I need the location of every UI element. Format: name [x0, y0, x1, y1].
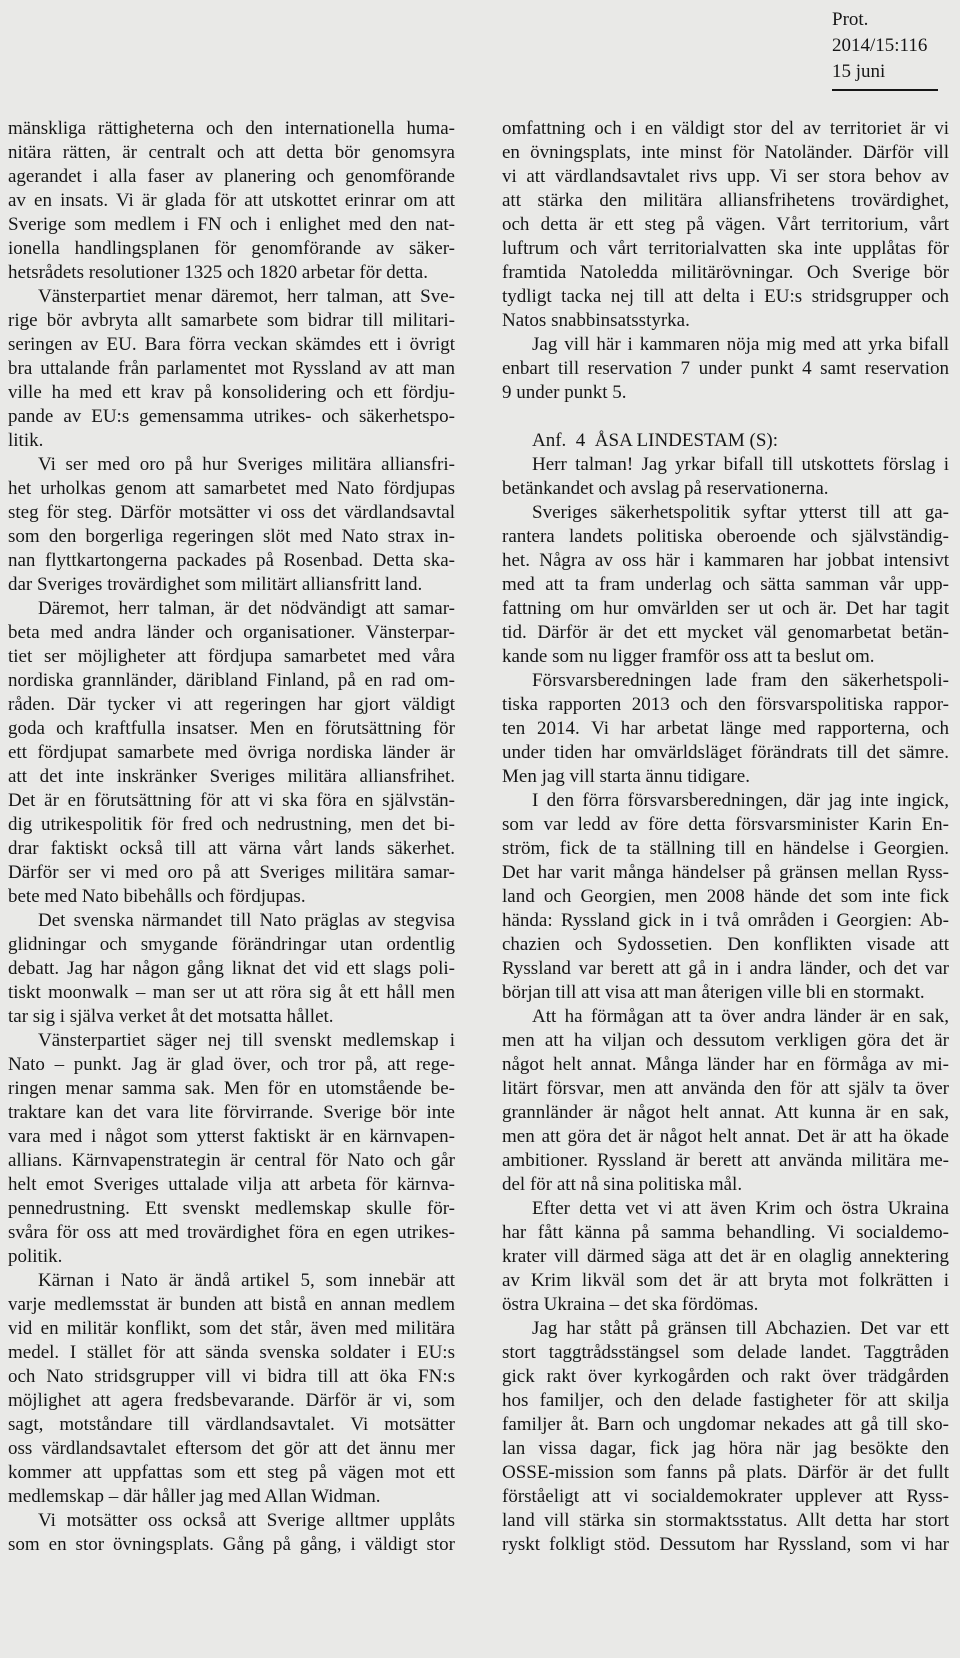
left-column: mänskliga rättigheterna och den internat…	[8, 117, 455, 1557]
paragraph: Jag vill här i kammaren nöja mig med att…	[502, 333, 949, 405]
text-line: enbart till reservation 7 under punkt 4 …	[502, 357, 949, 381]
text-line: tiska rapporten 2013 och den försvarspol…	[502, 693, 949, 717]
text-line: tydligt tacka nej till att delta i EU:s …	[502, 285, 949, 309]
text-line: bra uttalande från parlamentet mot Ryssl…	[8, 357, 455, 381]
text-line: I den förra försvarsberedningen, där jag…	[502, 789, 949, 813]
text-line: luftrum och vårt territorialvatten ska i…	[502, 237, 949, 261]
text-line: helt emot Sveriges uttalade vilja att ar…	[8, 1173, 455, 1197]
text-line: något helt annat. Många länder har en fö…	[502, 1053, 949, 1077]
text-line: Efter detta vet vi att även Krim och öst…	[502, 1197, 949, 1221]
paragraph: Vänsterpartiet säger nej till svenskt me…	[8, 1029, 455, 1269]
text-line: ambitioner. Ryssland är berett att använ…	[502, 1149, 949, 1173]
text-line: politik.	[8, 1245, 455, 1269]
text-line: vara med i något som ytterst faktiskt är…	[8, 1125, 455, 1149]
text-line: Ryssland var berett att gå in i andra lä…	[502, 957, 949, 981]
date-label: 15 juni	[832, 59, 927, 85]
text-line: ström, fick de ta ställning till en händ…	[502, 837, 949, 861]
text-line: seringen av EU. Bara förra veckan skämde…	[8, 333, 455, 357]
paragraph: Försvarsberedningen lade fram den säkerh…	[502, 669, 949, 789]
paragraph: Jag har stått på gränsen till Abchazien.…	[502, 1317, 949, 1557]
text-line: oss värdlandsavtalet eftersom det gör at…	[8, 1437, 455, 1461]
text-line: betänkandet och avslag på reservationern…	[502, 477, 949, 501]
paragraph: Det svenska närmandet till Nato präglas …	[8, 909, 455, 1029]
text-line: hetsrådets resolutioner 1325 och 1820 ar…	[8, 261, 455, 285]
text-line: litik.	[8, 429, 455, 453]
proto-label: Prot.	[832, 7, 927, 33]
text-line: förståeligt att vi socialdemokrater uppl…	[502, 1485, 949, 1509]
text-line: råden. Där tycker vi att regeringen har …	[8, 693, 455, 717]
text-line: chazien och Sydossetien. Den konflikten …	[502, 933, 949, 957]
text-line: och Nato stridsgrupper vill vi bidra til…	[8, 1365, 455, 1389]
text-line: goda och kraftfulla insatser. Men en för…	[8, 717, 455, 741]
text-line: under tiden har omvärldsläget förändrats…	[502, 741, 949, 765]
text-line: men att ha viljan och dessutom verkligen…	[502, 1029, 949, 1053]
text-line: Jag vill här i kammaren nöja mig med att…	[502, 333, 949, 357]
text-line: början till att visa att man återigen vi…	[502, 981, 949, 1005]
text-line: omfattning och i en väldigt stor del av …	[502, 117, 949, 141]
text-line: att stärka den militära alliansfrihetens…	[502, 189, 949, 213]
text-line: rige bör avbryta allt samarbete som bidr…	[8, 309, 455, 333]
text-line: traktare kan det vara lite förvirrande. …	[8, 1101, 455, 1125]
paragraph: Efter detta vet vi att även Krim och öst…	[502, 1197, 949, 1317]
text-line: lan vissa dagar, fick jag höra när jag b…	[502, 1437, 949, 1461]
text-line: kande som nu ligger framför oss att ta b…	[502, 645, 949, 669]
text-line: sagt, motståndare till värdlandsavtalet.…	[8, 1413, 455, 1437]
text-line: ryskt folkligt stöd. Dessutom har Ryssla…	[502, 1533, 949, 1557]
text-line: nitära rätten, är centralt och att detta…	[8, 141, 455, 165]
text-line: Därför ser vi med oro på att Sveriges mi…	[8, 861, 455, 885]
text-line: glidningar och smygande förändringar uta…	[8, 933, 455, 957]
text-line: land vill stärka sin stormaktsstatus. Al…	[502, 1509, 949, 1533]
text-line: av Krim likväl som det är att bryta mot …	[502, 1269, 949, 1293]
text-line: tiskt moonwalk – man ser ut att röra sig…	[8, 981, 455, 1005]
text-line: vid en militär konflikt, som det står, ä…	[8, 1317, 455, 1341]
text-line: med att ta fram underlag och sätta samma…	[502, 573, 949, 597]
session-number: 2014/15:116	[832, 33, 927, 59]
text-line: ringen menar samma sak. Men för en utoms…	[8, 1077, 455, 1101]
text-line: som den borgerliga regeringen slöt med N…	[8, 525, 455, 549]
text-line: Anf. 4 ÅSA LINDESTAM (S):	[502, 429, 949, 453]
text-line: Det har varit många händelser på gränsen…	[502, 861, 949, 885]
text-line: framtida Natoledda militärövningar. Och …	[502, 261, 949, 285]
paragraph: Vi motsätter oss också att Sverige alltm…	[8, 1509, 455, 1557]
text-line: fattning om hur omvärlden ser ut och är.…	[502, 597, 949, 621]
paragraph: I den förra försvarsberedningen, där jag…	[502, 789, 949, 1005]
paragraph: Kärnan i Nato är ändå artikel 5, som inn…	[8, 1269, 455, 1509]
text-line: och detta är ett steg på vägen. Vårt ter…	[502, 213, 949, 237]
text-line: debatt. Jag har någon gång liknat det vi…	[8, 957, 455, 981]
text-line: dar Sveriges trovärdighet som militärt a…	[8, 573, 455, 597]
text-line: Jag har stått på gränsen till Abchazien.…	[502, 1317, 949, 1341]
text-line: Herr talman! Jag yrkar bifall till utsko…	[502, 453, 949, 477]
right-column: omfattning och i en väldigt stor del av …	[502, 117, 949, 1557]
text-line: land och Georgien, men 2008 hände det so…	[502, 885, 949, 909]
paragraph: Däremot, herr talman, är det nödvändigt …	[8, 597, 455, 909]
text-line: agerandet i alla faser av planering och …	[8, 165, 455, 189]
text-line: Det är en förutsättning för att vi ska f…	[8, 789, 455, 813]
text-line: varje medlemsstat är bunden att bistå en…	[8, 1293, 455, 1317]
text-line: litärt försvar, men att använda den för …	[502, 1077, 949, 1101]
text-line: hända: Ryssland gick in i två områden i …	[502, 909, 949, 933]
text-columns: mänskliga rättigheterna och den internat…	[8, 117, 949, 1557]
text-line: men att göra det är något helt annat. De…	[502, 1125, 949, 1149]
text-line: som var ledd av före detta försvarsminis…	[502, 813, 949, 837]
protocol-page: Prot. 2014/15:116 15 juni mänskliga rätt…	[0, 0, 960, 1658]
text-line: Vänsterpartiet säger nej till svenskt me…	[8, 1029, 455, 1053]
paragraph: mänskliga rättigheterna och den internat…	[8, 117, 455, 285]
paragraph: omfattning och i en väldigt stor del av …	[502, 117, 949, 333]
text-line: krater vill därmed säga att det är en ol…	[502, 1245, 949, 1269]
paragraph: Vi ser med oro på hur Sveriges militära …	[8, 453, 455, 597]
text-line: beta med andra länder och organisationer…	[8, 621, 455, 645]
text-line: Nato – punkt. Jag är glad över, och tror…	[8, 1053, 455, 1077]
paragraph: Vänsterpartiet menar däremot, herr talma…	[8, 285, 455, 453]
text-line: OSSE-mission som fanns på plats. Därför …	[502, 1461, 949, 1485]
text-line: ett fördjupat samarbete med övriga nordi…	[8, 741, 455, 765]
text-line: tid. Därför är det ett mycket väl genoma…	[502, 621, 949, 645]
text-line: av en insats. Vi är glada för att utskot…	[8, 189, 455, 213]
text-line: Sverige som medlem i FN och i enlighet m…	[8, 213, 455, 237]
text-line: nan flyttkartongerna packades på Rosenba…	[8, 549, 455, 573]
text-line: stort taggtrådsstängsel som delade lande…	[502, 1341, 949, 1365]
text-line: pande av EU:s gemensamma utrikes- och sä…	[8, 405, 455, 429]
paragraph: Herr talman! Jag yrkar bifall till utsko…	[502, 453, 949, 501]
text-line: grannländer är något helt annat. Att kun…	[502, 1101, 949, 1125]
text-line: som en stor övningsplats. Gång på gång, …	[8, 1533, 455, 1557]
text-line: svåra för oss att med trovärdighet föra …	[8, 1221, 455, 1245]
text-line: Men jag vill starta ännu tidigare.	[502, 765, 949, 789]
text-line: Det svenska närmandet till Nato präglas …	[8, 909, 455, 933]
text-line: Vi motsätter oss också att Sverige alltm…	[8, 1509, 455, 1533]
text-line: att det inte inskränker Sveriges militär…	[8, 765, 455, 789]
paragraph: Sveriges säkerhetspolitik syftar ytterst…	[502, 501, 949, 669]
text-line: tar sig i själva verket åt det motsatta …	[8, 1005, 455, 1029]
text-line: Vi ser med oro på hur Sveriges militära …	[8, 453, 455, 477]
text-line: möjlighet att agera fredsbevarande. Därf…	[8, 1389, 455, 1413]
text-line: en övningsplats, inte minst för Natoländ…	[502, 141, 949, 165]
text-line: allians. Kärnvapenstrategin är central f…	[8, 1149, 455, 1173]
text-line: Sveriges säkerhetspolitik syftar ytterst…	[502, 501, 949, 525]
text-line: bete med Nato bibehålls och fördjupas.	[8, 885, 455, 909]
text-line: del för att nå sina politiska mål.	[502, 1173, 949, 1197]
text-line: drar faktiskt också till att värna vårt …	[8, 837, 455, 861]
text-line: het urholkas genom att samarbetet med Na…	[8, 477, 455, 501]
text-line: ten 2014. Vi har arbetat länge med rappo…	[502, 717, 949, 741]
text-line: ionella handlingsplanen för genomförande…	[8, 237, 455, 261]
text-line: dig utrikespolitik för fred och nedrustn…	[8, 813, 455, 837]
text-line: medel. I stället för att sända svenska s…	[8, 1341, 455, 1365]
text-line: familjer åt. Barn och ungdomar nekades a…	[502, 1413, 949, 1437]
text-line: gick rakt över kyrkogården och rakt över…	[502, 1365, 949, 1389]
text-line: medlemskap – där håller jag med Allan Wi…	[8, 1485, 455, 1509]
header-rule	[832, 89, 938, 91]
text-line: mänskliga rättigheterna och den internat…	[8, 117, 455, 141]
text-line: pennedrustning. Ett svenskt medlemskap s…	[8, 1197, 455, 1221]
text-line: Natos snabbinsatsstyrka.	[502, 309, 949, 333]
text-line: het. Några av oss här i kammaren har job…	[502, 549, 949, 573]
text-line: rantera landets politiska oberoende och …	[502, 525, 949, 549]
text-line: östra Ukraina – det ska fördömas.	[502, 1293, 949, 1317]
text-line: Försvarsberedningen lade fram den säkerh…	[502, 669, 949, 693]
paragraph: Att ha förmågan att ta över andra länder…	[502, 1005, 949, 1197]
text-line: Däremot, herr talman, är det nödvändigt …	[8, 597, 455, 621]
text-line: Kärnan i Nato är ändå artikel 5, som inn…	[8, 1269, 455, 1293]
text-line: Att ha förmågan att ta över andra länder…	[502, 1005, 949, 1029]
text-line: nordiska grannländer, däribland Finland,…	[8, 669, 455, 693]
text-line: kommer att uppfattas som ett steg på väg…	[8, 1461, 455, 1485]
speech-header: Anf. 4 ÅSA LINDESTAM (S):	[502, 429, 949, 453]
text-line: har fått känna på samma behandling. Vi s…	[502, 1221, 949, 1245]
text-line: tiet ser möjligheter att fördjupa samarb…	[8, 645, 455, 669]
text-line: vi att värdlandsavtalet rivs upp. Vi ser…	[502, 165, 949, 189]
text-line: steg för steg. Därför motsätter vi oss d…	[8, 501, 455, 525]
text-line: 9 under punkt 5.	[502, 381, 949, 405]
text-line: ville ha med ett krav på konsolidering o…	[8, 381, 455, 405]
page-header: Prot. 2014/15:116 15 juni	[832, 7, 927, 85]
text-line: Vänsterpartiet menar däremot, herr talma…	[8, 285, 455, 309]
text-line: hos familjer, och den delade fastigheter…	[502, 1389, 949, 1413]
